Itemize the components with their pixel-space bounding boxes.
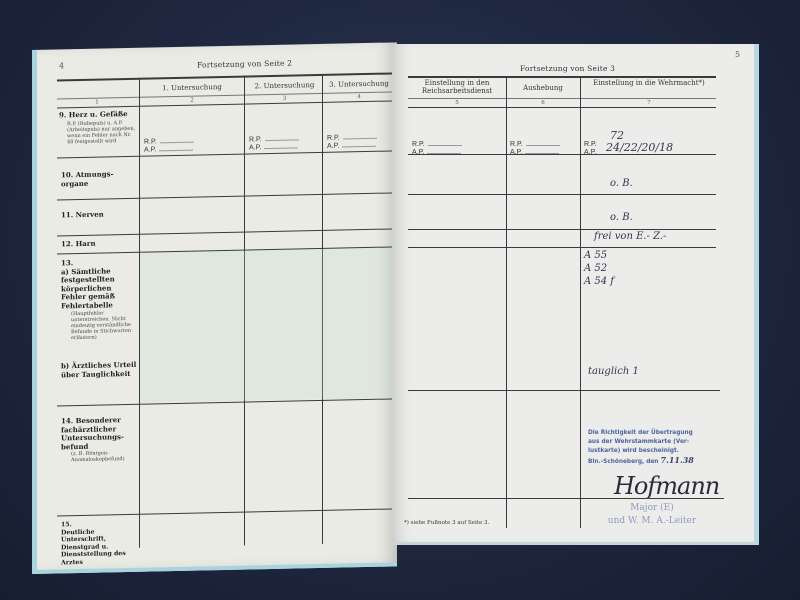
header-rad: Einstellung in den Reichsarbeitsdienst bbox=[408, 79, 506, 95]
right-page: 5 Fortsetzung von Seite 3 Einstellung in… bbox=[392, 44, 759, 545]
row-10-rule bbox=[57, 192, 392, 200]
stamp-date: 7.11.38 bbox=[660, 455, 693, 465]
handwritten-row-13b: tauglich 1 bbox=[588, 366, 639, 377]
page-number-right: 5 bbox=[735, 50, 740, 59]
colnum-6: 6 bbox=[507, 100, 579, 106]
row-9-exam3-rp-ap[interactable]: R.P.A.P. bbox=[327, 134, 377, 150]
handwritten-row-10: o. B. bbox=[610, 178, 633, 189]
row-13-rule-right bbox=[408, 390, 720, 391]
signature-rule bbox=[408, 498, 724, 499]
row-9-exam2-rp-ap[interactable]: R.P.A.P. bbox=[249, 135, 299, 151]
row-9-exam1-rp-ap[interactable]: R.P.A.P. bbox=[144, 138, 194, 154]
handwritten-row-13a-1: A 55 bbox=[584, 250, 607, 261]
row-11-rule bbox=[57, 228, 392, 236]
header-exam-2: 2. Untersuchung bbox=[247, 81, 322, 91]
row-9-sublabel: R.P. (Ruhepuls) u. A.P. (Arbeitspuls) nu… bbox=[67, 120, 137, 145]
page-number-left: 4 bbox=[59, 61, 64, 70]
handwritten-ap: 24/22/20/18 bbox=[606, 141, 673, 154]
row-13b-label: b) Ärztliches Urteil über Tauglichkeit bbox=[61, 361, 139, 380]
stamp-line-1: Die Richtigkeit der Übertragung bbox=[588, 429, 694, 438]
officer-stamp: Major (E) und W. M. A.-Leiter bbox=[582, 502, 722, 528]
row-9-label: 9. Herz u. Gefäße bbox=[59, 110, 137, 120]
table-top-rule-right bbox=[408, 76, 716, 78]
certification-stamp: Die Richtigkeit der Übertragung aus der … bbox=[588, 429, 694, 467]
header-exam-3: 3. Untersuchung bbox=[324, 79, 394, 88]
open-wehrpass-book: 4 Fortsetzung von Seite 2 1. Untersuchun… bbox=[0, 0, 800, 600]
header-exam-1: 1. Untersuchung bbox=[142, 83, 242, 93]
footnote: *) siehe Fußnote 3 auf Seite 3. bbox=[404, 520, 489, 526]
row-10-rule-right bbox=[408, 194, 716, 195]
header-rule-right bbox=[408, 98, 716, 99]
officer-stamp-rank: Major (E) bbox=[582, 502, 722, 515]
stamp-line-4: Bln.-Schöneberg, den 7.11.38 bbox=[588, 456, 694, 467]
stamp-line-2: aus der Wehrstammkarte (Ver- bbox=[588, 438, 694, 447]
row-14-sublabel: (z. B. Röntgen-Anomaloskopbefund) bbox=[71, 450, 137, 463]
signature: Hofmann bbox=[614, 472, 719, 500]
row-9-rule bbox=[57, 150, 392, 158]
handwritten-row-12: frei von E.- Z.- bbox=[594, 231, 666, 242]
row-10-label: 10. Atmungs-organe bbox=[61, 170, 136, 189]
row-15-label: 15. Deutliche Unterschrift, Dienstgrad u… bbox=[61, 520, 139, 567]
row-11-rule-right bbox=[408, 229, 716, 230]
left-page: 4 Fortsetzung von Seite 2 1. Untersuchun… bbox=[32, 42, 397, 574]
row-12-rule-right bbox=[408, 247, 716, 248]
row-14-label: 14. Besonderer fachärztlicher Untersuchu… bbox=[61, 416, 137, 452]
header-aushebung: Aushebung bbox=[507, 84, 579, 92]
row-12-label: 12. Harn bbox=[61, 239, 136, 249]
officer-stamp-title: und W. M. A.-Leiter bbox=[582, 515, 722, 528]
handwritten-row-11: o. B. bbox=[610, 212, 633, 223]
colnum-7: 7 bbox=[582, 100, 716, 106]
row-13a-label: 13. a) Sämtliche festgestellten körperli… bbox=[61, 258, 137, 311]
row-11-label: 11. Nerven bbox=[61, 210, 136, 220]
continuation-note-right: Fortsetzung von Seite 3 bbox=[520, 64, 615, 73]
col-divider-6 bbox=[580, 76, 581, 528]
shaded-area bbox=[140, 247, 392, 402]
colnum-5: 5 bbox=[408, 100, 506, 106]
handwritten-row-13a-2: A 52 bbox=[584, 263, 607, 274]
handwritten-row-13a-3: A 54 f bbox=[584, 276, 614, 287]
col-divider-5 bbox=[506, 76, 507, 528]
header-wehrmacht: Einstellung in die Wehrmacht*) bbox=[582, 79, 716, 87]
continuation-note-left: Fortsetzung von Seite 2 bbox=[197, 59, 292, 70]
row-14-rule bbox=[57, 508, 392, 516]
row-9-rule-right bbox=[408, 154, 716, 155]
colnum-rule-right bbox=[408, 107, 716, 108]
row-13a-sublabel: (Hauptfehler unterstreichen. Nicht einde… bbox=[71, 310, 137, 341]
